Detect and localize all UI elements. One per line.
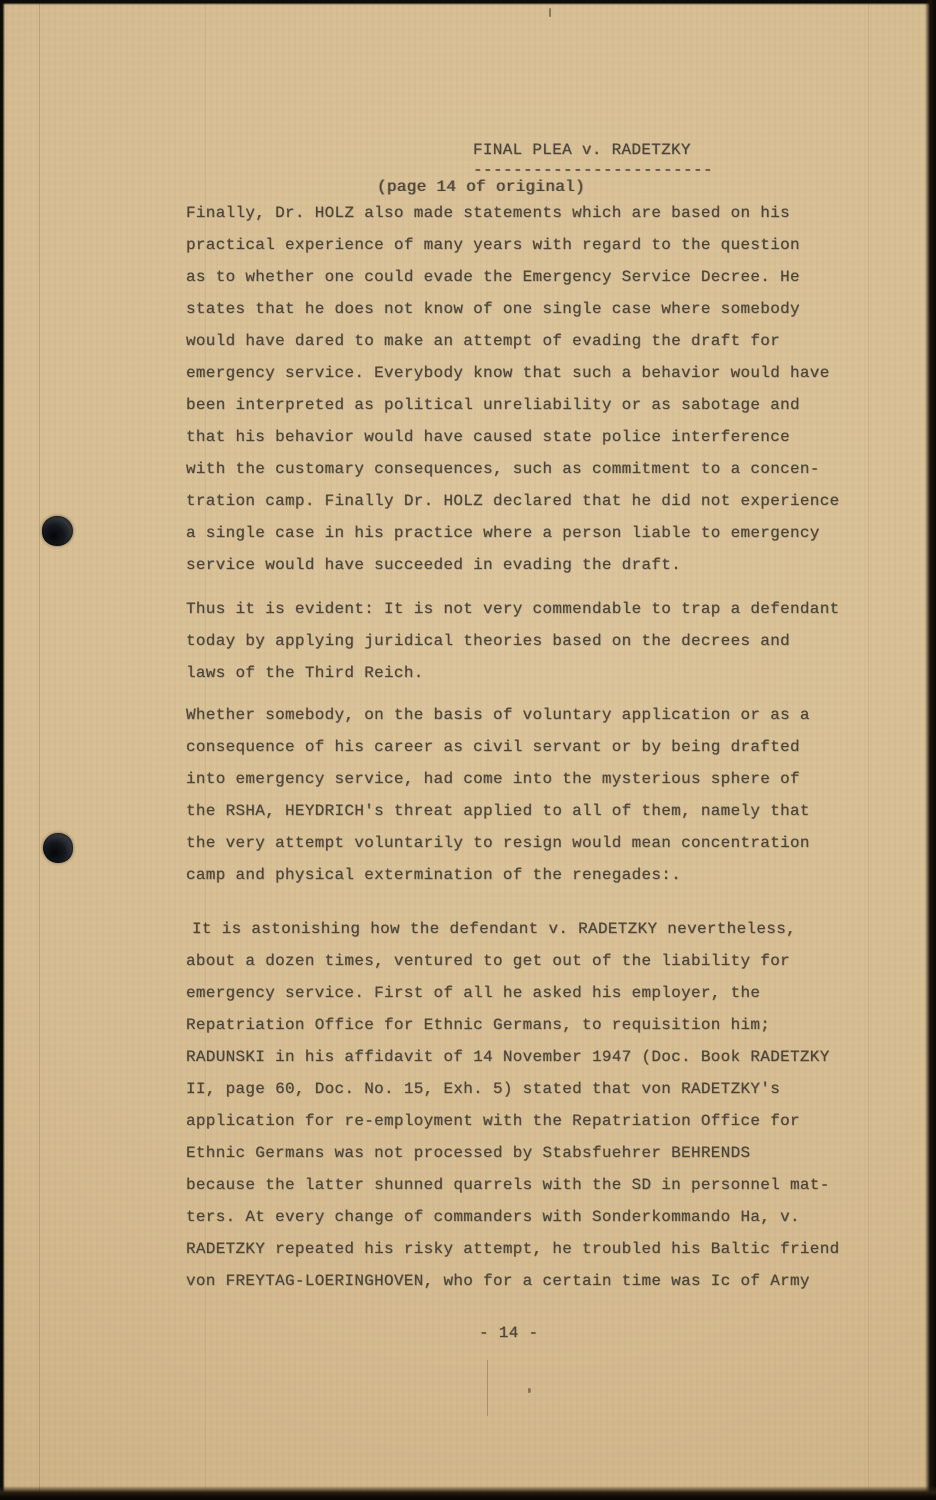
ink-speck: [549, 8, 551, 17]
scan-edge-bottom: [0, 1486, 936, 1500]
paragraph: It is astonishing how the defendant v. R…: [186, 913, 866, 1297]
title-underline: ------------------------: [473, 163, 713, 177]
paragraph: Whether somebody, on the basis of volunt…: [186, 699, 866, 891]
paper-fold-line: [39, 0, 40, 1500]
paper-fold-line: [868, 0, 869, 1500]
scan-edge-top: [0, 0, 936, 5]
ink-speck: [528, 1388, 531, 1393]
page-title: FINAL PLEA v. RADETZKY: [473, 141, 713, 159]
scanned-document-page: FINAL PLEA v. RADETZKY -----------------…: [0, 0, 936, 1500]
paper-crease: [487, 1360, 488, 1416]
scan-edge-right: [925, 0, 936, 1500]
document-body: Finally, Dr. HOLZ also made statements w…: [186, 197, 866, 1297]
scan-edge-left: [0, 0, 5, 1500]
original-page-reference: (page 14 of original): [377, 178, 585, 196]
paragraph: Thus it is evident: It is not very comme…: [186, 593, 866, 689]
paragraph: Finally, Dr. HOLZ also made statements w…: [186, 197, 866, 581]
punch-hole-bottom: [43, 833, 73, 863]
document-header: FINAL PLEA v. RADETZKY -----------------…: [473, 141, 713, 177]
punch-hole-top: [42, 516, 73, 546]
page-number: - 14 -: [479, 1324, 538, 1342]
